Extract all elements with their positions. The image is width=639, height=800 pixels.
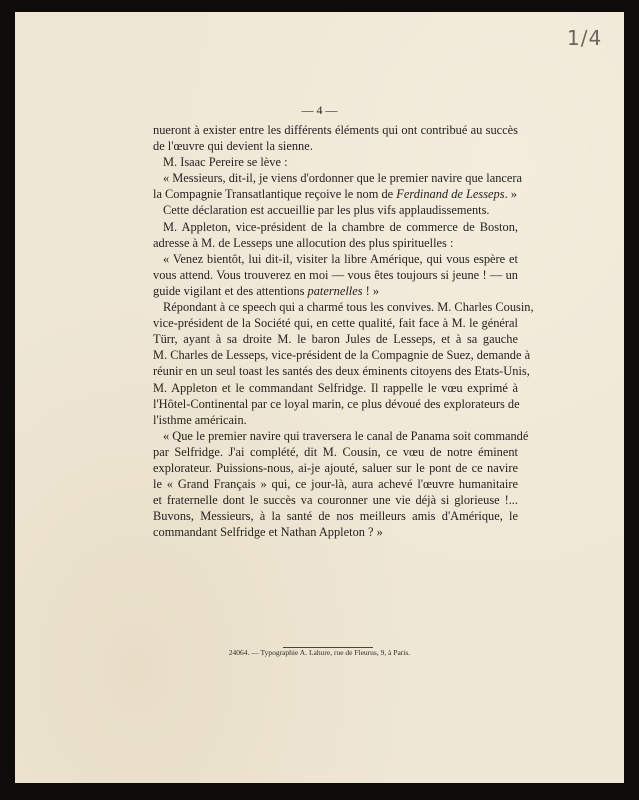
text-line: M. Appleton, vice-président de la chambr… bbox=[153, 219, 518, 235]
text-line: Cette déclaration est accueillie par les… bbox=[153, 202, 518, 218]
text-line: M. Isaac Pereire se lève : bbox=[153, 154, 518, 170]
text-line: l'Hôtel-Continental par ce loyal marin, … bbox=[153, 396, 518, 412]
text-line: M. Charles de Lesseps, vice-président de… bbox=[153, 347, 518, 363]
text-line: la Compagnie Transatlantique reçoive le … bbox=[153, 186, 518, 202]
text-line: commandant Selfridge et Nathan Appleton … bbox=[153, 524, 518, 540]
body-text: nueront à exister entre les différents é… bbox=[153, 122, 518, 540]
text-line: vous attend. Vous trouverez en moi — vou… bbox=[153, 267, 518, 283]
text-line: « Que le premier navire qui traversera l… bbox=[153, 428, 518, 444]
text-run: . » bbox=[505, 187, 517, 201]
text-line: réunir en un seul toast les santés des d… bbox=[153, 363, 518, 379]
italic-text-run: paternelles bbox=[308, 284, 363, 298]
text-line: Buvons, Messieurs, à la santé de nos mei… bbox=[153, 508, 518, 524]
text-line: explorateur. Puissions-nous, ai-je ajout… bbox=[153, 460, 518, 476]
text-line: guide vigilant et des attentions paterne… bbox=[153, 283, 518, 299]
text-run: la Compagnie Transatlantique reçoive le … bbox=[153, 187, 396, 201]
handwritten-folio-mark: 1/4 bbox=[567, 26, 602, 50]
text-line: le « Grand Français » qui, ce jour-là, a… bbox=[153, 476, 518, 492]
text-line: « Messieurs, dit-il, je viens d'ordonner… bbox=[153, 170, 518, 186]
text-line: par Selfridge. J'ai complété, dit M. Cou… bbox=[153, 444, 518, 460]
text-line: nueront à exister entre les différents é… bbox=[153, 122, 518, 138]
text-line: M. Appleton et le commandant Selfridge. … bbox=[153, 380, 518, 396]
text-line: l'isthme américain. bbox=[153, 412, 518, 428]
page-number: — 4 — bbox=[0, 103, 639, 118]
text-line: vice-président de la Société qui, en cet… bbox=[153, 315, 518, 331]
text-run: ! » bbox=[363, 284, 380, 298]
text-line: de l'œuvre qui devient la sienne. bbox=[153, 138, 518, 154]
text-run: guide vigilant et des attentions bbox=[153, 284, 308, 298]
text-line: adresse à M. de Lesseps une allocution d… bbox=[153, 235, 518, 251]
text-line: Répondant à ce speech qui a charmé tous … bbox=[153, 299, 518, 315]
printer-imprint: 24064. — Typographie A. Lahure, rue de F… bbox=[0, 648, 639, 657]
text-line: « Venez bientôt, lui dit-il, visiter la … bbox=[153, 251, 518, 267]
text-line: Türr, ayant à sa droite M. le baron Jule… bbox=[153, 331, 518, 347]
text-line: et fraternelle dont le succès va couronn… bbox=[153, 492, 518, 508]
italic-text-run: Ferdinand de Lesseps bbox=[396, 187, 504, 201]
